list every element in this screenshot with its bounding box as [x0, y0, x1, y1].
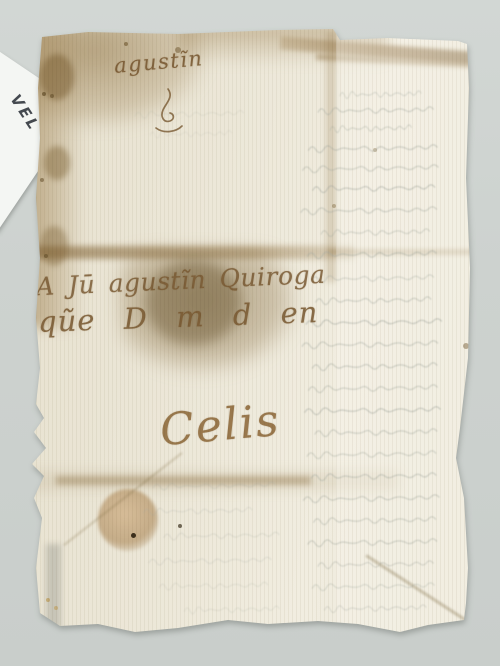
- scan-background: VEL: [0, 0, 500, 666]
- laid-paper-texture: [28, 28, 472, 636]
- foxing-specks: [28, 28, 32, 32]
- paper-surface: agustĩn A Jū agustĩn Quiroga qũe D m d e…: [28, 28, 472, 636]
- manuscript-sheet: agustĩn A Jū agustĩn Quiroga qũe D m d e…: [28, 28, 472, 636]
